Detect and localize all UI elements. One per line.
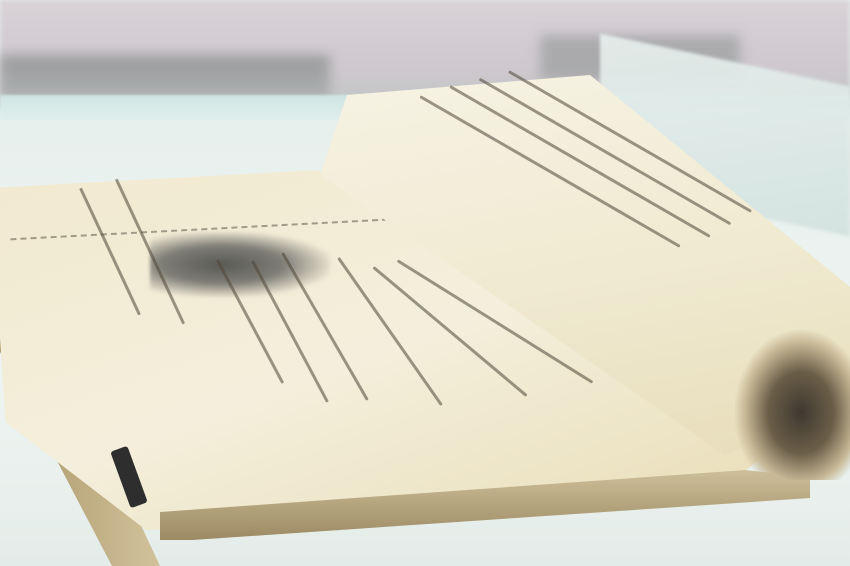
photo-scene: Close-up photograph of an antique open b… (0, 0, 850, 566)
page-curl (735, 330, 850, 480)
background-shadow-left (0, 55, 330, 100)
